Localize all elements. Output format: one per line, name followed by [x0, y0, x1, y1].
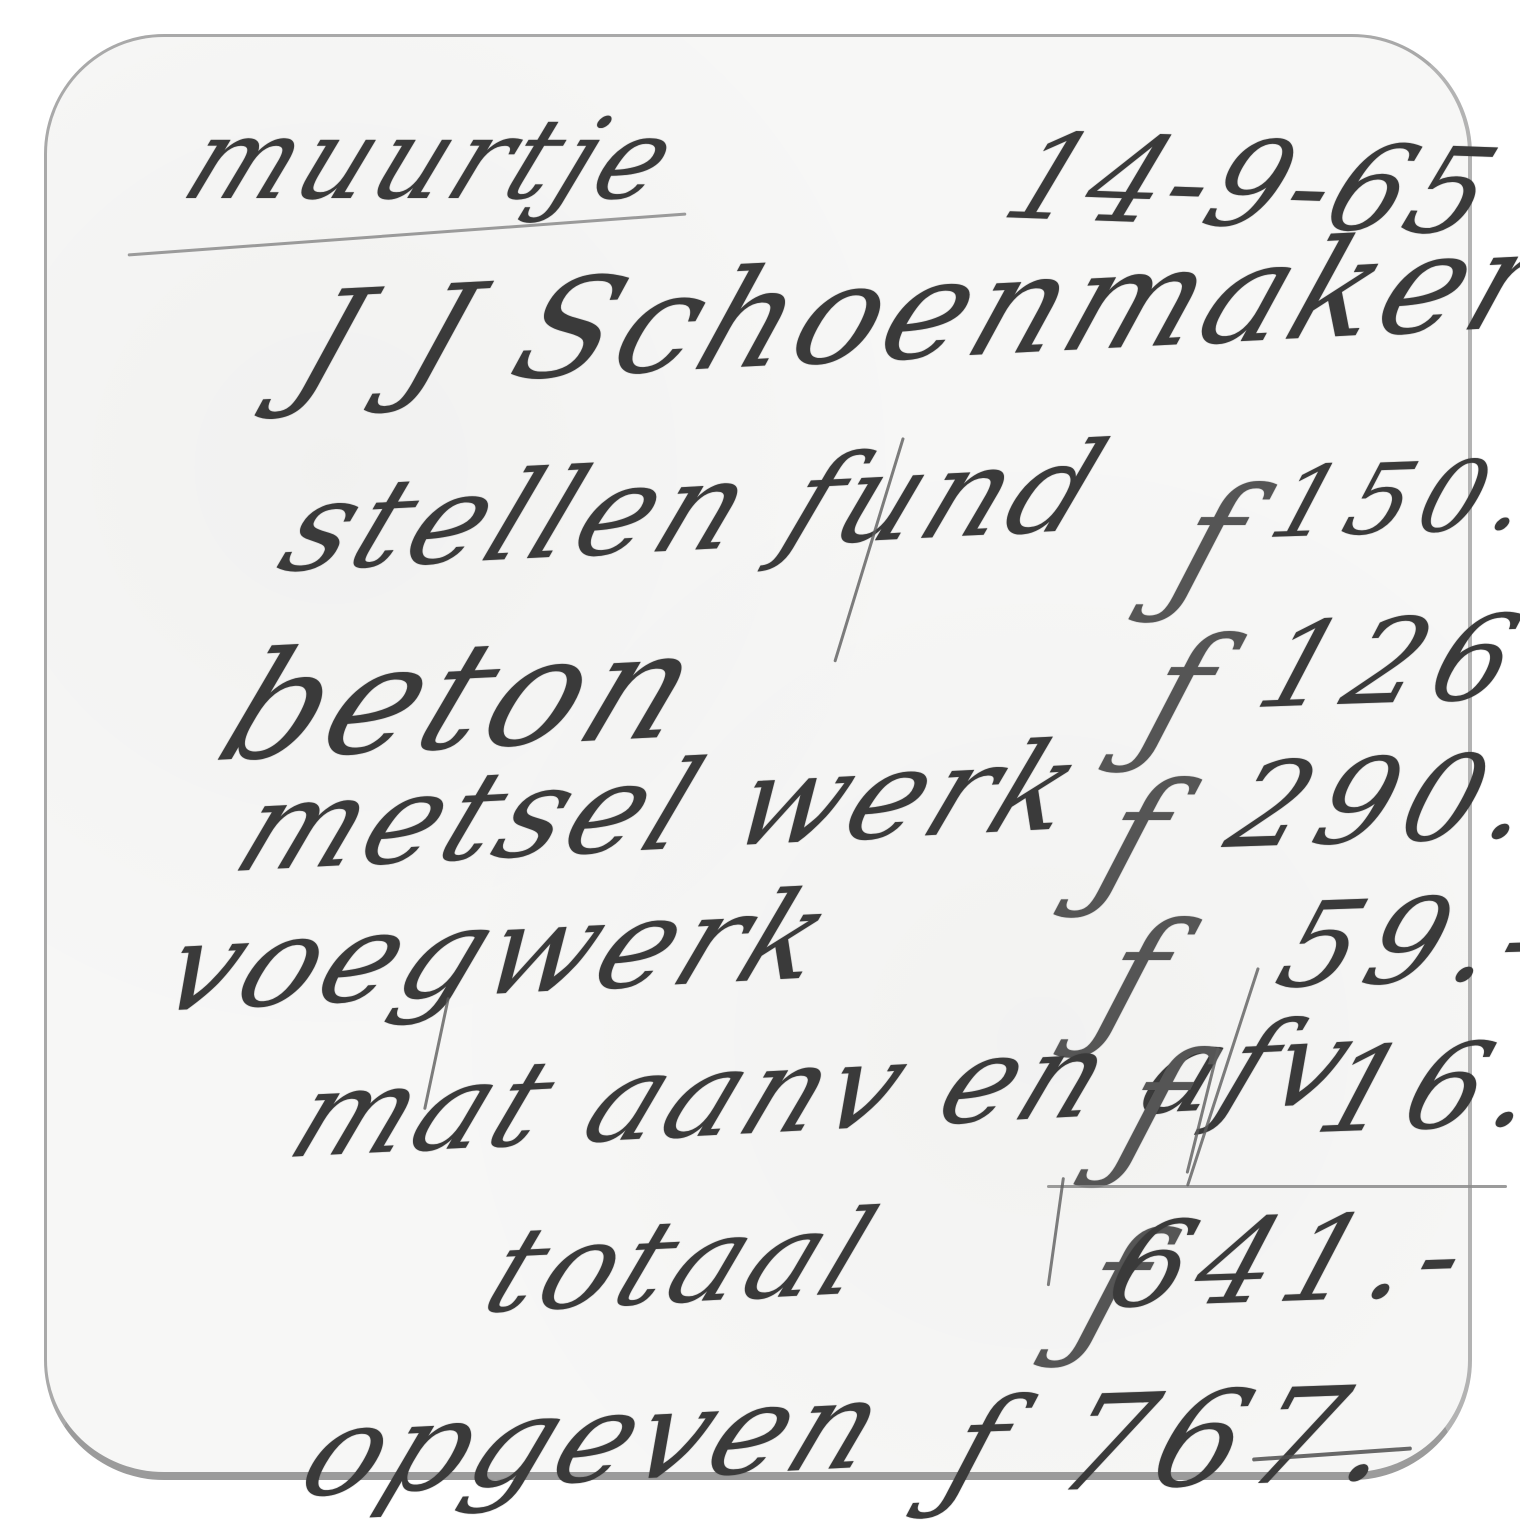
item-amount: 290.-: [1212, 725, 1520, 875]
document-card: muurtje 14-9-65 J J Schoenmakers stellen…: [44, 34, 1472, 1480]
item-amount: 150.-: [1257, 437, 1520, 561]
item-amount: 59.-: [1262, 868, 1520, 1015]
pen-stroke: [1047, 1177, 1065, 1286]
guilder-symbol: ƒ: [1152, 457, 1268, 631]
total-label: totaal: [467, 1183, 898, 1340]
final-amount: ƒ 767.: [927, 1357, 1428, 1525]
header-title: muurtje: [167, 95, 698, 225]
item-label: stellen fund: [262, 416, 1128, 601]
total-amount: 641.-: [1092, 1185, 1494, 1335]
final-label: opgeven: [282, 1353, 909, 1525]
item-amount: 126.: [1242, 587, 1520, 735]
